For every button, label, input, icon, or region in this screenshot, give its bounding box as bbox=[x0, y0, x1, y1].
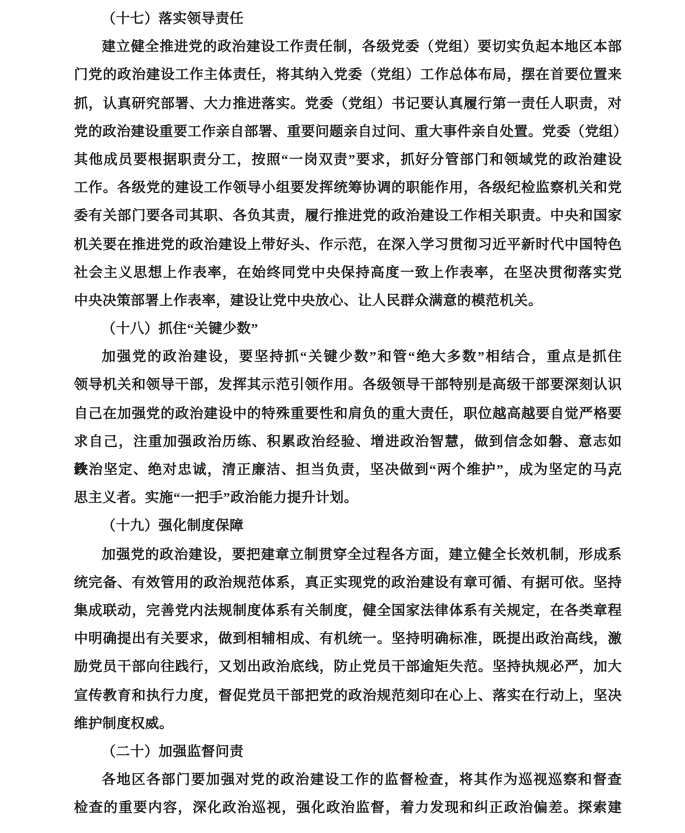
text-line: 政治坚定、绝对忠诚，清正廉洁、担当负责，坚决做到“两个维护”，成为坚定的马克 bbox=[74, 457, 622, 485]
text-line: 门党的政治建设工作主体责任，将其纳入党委（党组）工作总体布局，摆在首要位置来 bbox=[74, 62, 622, 90]
text-line: 中明确提出有关要求，做到相辅相成、有机统一。坚持明确标准，既提出政治高线，激 bbox=[74, 626, 622, 654]
text-line: 宣传教育和执行力度，督促党员干部把党的政治规范刻印在心上、落实在行动上，坚决 bbox=[74, 683, 622, 711]
section-heading: （二十）加强监督问责 bbox=[74, 739, 622, 767]
text-line: 委有关部门要各司其职、各负其责，履行推进党的政治建设工作相关职责。中央和国家 bbox=[74, 203, 622, 231]
text-line: 中央决策部署上作表率，建设让党中央放心、让人民群众满意的模范机关。 bbox=[74, 288, 622, 316]
text-line: 维护制度权威。 bbox=[74, 711, 622, 739]
section-heading: （十九）强化制度保障 bbox=[74, 513, 622, 541]
text-line: 建立健全推进党的政治建设工作责任制，各级党委（党组）要切实负起本地区本部 bbox=[74, 34, 622, 62]
text-line: 社会主义思想上作表率，在始终同党中央保持高度一致上作表率，在坚决贯彻落实党 bbox=[74, 260, 622, 288]
text-line: 其他成员要根据职责分工，按照“一岗双责”要求，抓好分管部门和领域党的政治建设 bbox=[74, 147, 622, 175]
text-line: 抓，认真研究部署、大力推进落实。党委（党组）书记要认真履行第一责任人职责，对 bbox=[74, 91, 622, 119]
text-line: 机关要在推进党的政治建设上带好头、作示范，在深入学习贯彻习近平新时代中国特色 bbox=[74, 232, 622, 260]
text-line: 领导机关和领导干部，发挥其示范引领作用。各级领导干部特别是高级干部要深刻认识 bbox=[74, 372, 622, 400]
text-line: 励党员干部向往践行，又划出政治底线，防止党员干部逾矩失范。坚持执规必严，加大 bbox=[74, 654, 622, 682]
text-line: 各地区各部门要加强对党的政治建设工作的监督检查，将其作为巡视巡察和督查 bbox=[74, 767, 622, 795]
text-line: 集成联动，完善党内法规制度体系有关制度，健全国家法律体系有关规定，在各类章程 bbox=[74, 598, 622, 626]
text-line: 加强党的政治建设，要坚持抓“关键少数”和管“绝大多数”相结合，重点是抓住 bbox=[74, 344, 622, 372]
document-page: （十七）落实领导责任建立健全推进党的政治建设工作责任制，各级党委（党组）要切实负… bbox=[0, 0, 685, 833]
text-line: 统完备、有效管用的政治规范体系，真正实现党的政治建设有章可循、有据可依。坚持 bbox=[74, 570, 622, 598]
document-text: （十七）落实领导责任建立健全推进党的政治建设工作责任制，各级党委（党组）要切实负… bbox=[74, 6, 622, 823]
text-line: 党的政治建设重要工作亲自部署、重要问题亲自过问、重大事件亲自处置。党委（党组） bbox=[74, 119, 622, 147]
text-line: 思主义者。实施“一把手”政治能力提升计划。 bbox=[74, 485, 622, 513]
text-line: 加强党的政治建设，要把建章立制贯穿全过程各方面，建立健全长效机制，形成系 bbox=[74, 542, 622, 570]
section-heading: （十八）抓住“关键少数” bbox=[74, 316, 622, 344]
text-line: 工作。各级党的建设工作领导小组要发挥统筹协调的职能作用，各级纪检监察机关和党 bbox=[74, 175, 622, 203]
text-line: 求自己，注重加强政治历练、积累政治经验、增进政治智慧，做到信念如磐、意志如铁， bbox=[74, 429, 622, 457]
text-line: 检查的重要内容，深化政治巡视，强化政治监督，着力发现和纠正政治偏差。探索建 bbox=[74, 795, 622, 823]
section-heading: （十七）落实领导责任 bbox=[74, 6, 622, 34]
text-line: 自己在加强党的政治建设中的特殊重要性和肩负的重大责任，职位越高越要自觉严格要 bbox=[74, 401, 622, 429]
